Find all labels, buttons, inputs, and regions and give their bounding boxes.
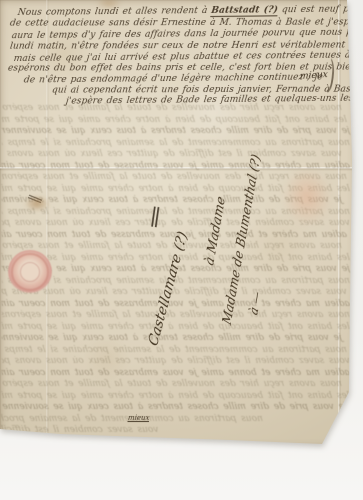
showthrough-line: vous savez combien il est difficile de q… bbox=[1, 356, 351, 368]
line-text: j'espère des lettres de Bade les famille… bbox=[65, 93, 356, 106]
underlined-place-name: Battstadt (?) bbox=[210, 5, 278, 17]
showthrough-line: nous partirons au commencement de la sem… bbox=[1, 345, 351, 357]
showthrough-line: nous partirons au commencement de la sem… bbox=[1, 207, 351, 219]
showthrough-line: vous savez combien il est difficile de q… bbox=[1, 218, 351, 230]
showthrough-line: je vous prie de dire mille choses tendre… bbox=[1, 333, 351, 345]
showthrough-line: les bains ont fait beaucoup de bien à no… bbox=[1, 322, 351, 334]
wax-seal bbox=[8, 250, 52, 294]
showthrough-line: adieu ma chère et bonne amie je vous emb… bbox=[1, 299, 351, 311]
letter-paper: nous avons reçu hier des nouvelles de to… bbox=[0, 0, 356, 448]
paper-shadow: nous avons reçu hier des nouvelles de to… bbox=[0, 0, 363, 500]
showthrough-line: nous avons reçu hier des nouvelles de to… bbox=[1, 310, 351, 322]
letter-scan: nous avons reçu hier des nouvelles de to… bbox=[0, 0, 363, 500]
showthrough-line: adieu ma chère et bonne amie je vous emb… bbox=[1, 368, 351, 380]
showthrough-line: les bains ont fait beaucoup de bien à no… bbox=[1, 391, 351, 403]
line-text: qui est neuf près de Basle bbox=[277, 4, 356, 15]
showthrough-line: nous avons reçu hier des nouvelles de to… bbox=[1, 379, 351, 391]
showthrough-line: nous partirons au commencement de la sem… bbox=[1, 414, 319, 426]
bottom-inserted-word: mieux bbox=[127, 414, 150, 422]
showthrough-line: vous savez combien il est difficile de q… bbox=[1, 425, 254, 437]
margin-word: mieux bbox=[300, 70, 329, 82]
address-line-3: à — bbox=[247, 289, 264, 317]
showthrough-line: je vous prie de dire mille choses tendre… bbox=[1, 402, 351, 414]
